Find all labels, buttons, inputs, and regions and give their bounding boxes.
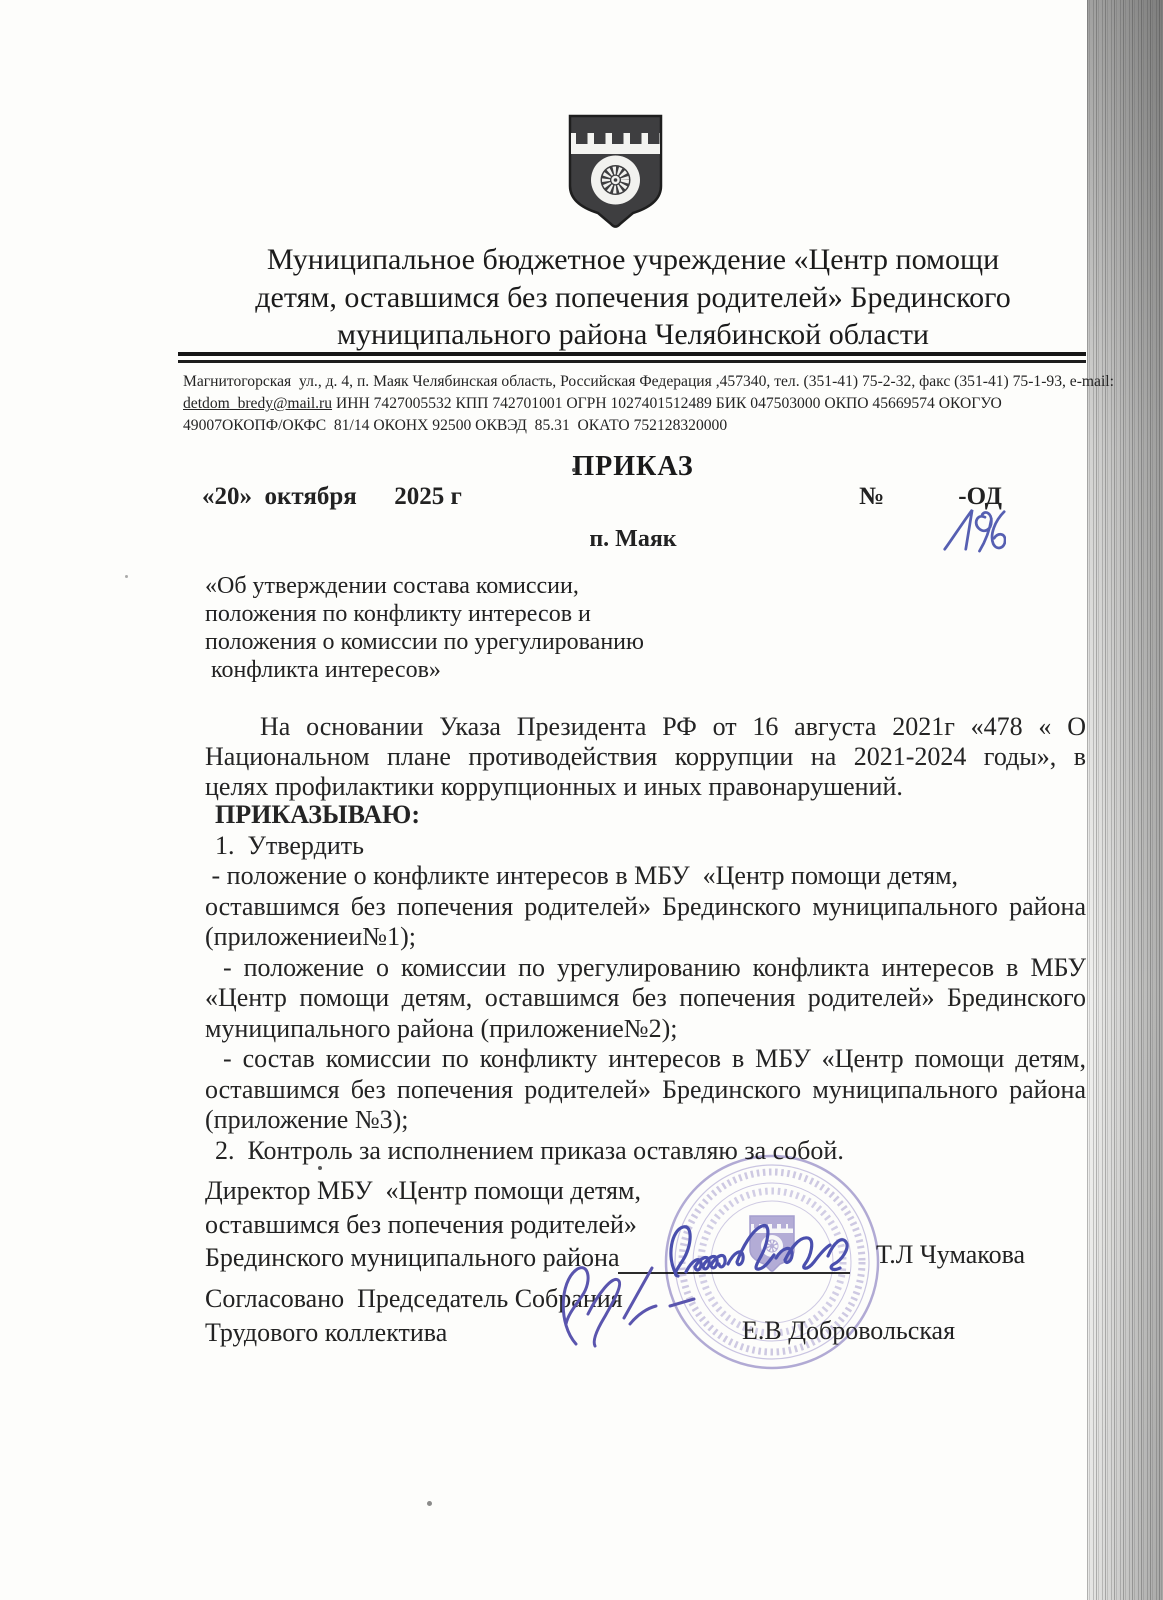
order-item-line: муниципального района (приложение№2); <box>205 1014 1086 1045</box>
contact-line: Магнитогорская ул., д. 4, п. Маяк Челяби… <box>183 371 1086 393</box>
scan-speck <box>125 575 128 578</box>
contact-line: 49007ОКОПФ/ОКФС 81/14 ОКОНХ 92500 ОКВЭД … <box>183 415 1086 437</box>
org-title-line: Муниципальное бюджетное учреждение «Цент… <box>180 241 1086 279</box>
scan-speck <box>318 1166 322 1170</box>
director-name: Т.Л Чумакова <box>876 1240 1025 1270</box>
scan-binding-edge <box>1087 0 1163 1600</box>
agreed-signature <box>548 1252 728 1362</box>
number-label: № <box>859 482 884 512</box>
scan-speck <box>427 1501 432 1506</box>
contact-line: detdom_bredy@mail.ru ИНН 7427005532 КПП … <box>183 393 1086 415</box>
municipal-coat-of-arms-icon <box>563 112 668 234</box>
org-title-line: муниципального района Челябинской област… <box>180 316 1086 354</box>
handwritten-order-number <box>892 476 956 524</box>
order-date: «20» октября 2025 г <box>202 482 462 524</box>
org-title: Муниципальное бюджетное учреждение «Цент… <box>180 241 1086 354</box>
preamble-line: целях профилактики коррупционных и иных … <box>205 772 1086 802</box>
order-number: № -ОД <box>859 482 1002 524</box>
agreed-name: Е.В Добровольская <box>742 1316 955 1346</box>
order-item-line: оставшимся без попечения родителей» Бред… <box>205 1075 1086 1106</box>
org-title-line: детям, оставшимся без попечения родителе… <box>180 279 1086 317</box>
order-item-line: - состав комиссии по конфликту интересов… <box>205 1044 1086 1075</box>
order-item-line: 1. Утвердить <box>205 831 1086 862</box>
date-number-row: «20» октября 2025 г № -ОД <box>202 482 1002 524</box>
subject-line: «Об утверждении состава комиссии, <box>205 572 765 600</box>
header-double-rule <box>178 352 1086 363</box>
command-heading: ПРИКАЗЫВАЮ: <box>205 800 1086 831</box>
preamble-line: На основании Указа Президента РФ от 16 а… <box>205 712 1086 742</box>
order-item-line: - положение о комиссии по урегулированию… <box>205 953 1086 984</box>
subject-line: конфликта интересов» <box>205 656 765 684</box>
order-place: п. Маяк <box>180 524 1086 554</box>
preamble-line: Национальном плане противодействия корру… <box>205 742 1086 772</box>
order-preamble: На основании Указа Президента РФ от 16 а… <box>205 712 1086 802</box>
order-commands: ПРИКАЗЫВАЮ: 1. Утвердить - положение о к… <box>205 800 1086 1166</box>
order-item-line: (приложение №3); <box>205 1105 1086 1136</box>
org-email-link: detdom_bredy@mail.ru <box>183 395 332 412</box>
order-item-line: - положение о конфликте интересов в МБУ … <box>205 861 1086 892</box>
subject-line: положения по конфликту интересов и <box>205 600 765 628</box>
order-item-line: оставшимся без попечения родителей» Бред… <box>205 892 1086 923</box>
contact-requisites: ИНН 7427005532 КПП 742701001 ОГРН 102740… <box>332 395 1002 412</box>
org-contacts: Магнитогорская ул., д. 4, п. Маяк Челяби… <box>183 371 1086 437</box>
order-item-line: «Центр помощи детям, оставшимся без попе… <box>205 983 1086 1014</box>
order-item-line: (приложениеи№1); <box>205 922 1086 953</box>
order-item-line: 2. Контроль за исполнением приказа остав… <box>205 1136 1086 1167</box>
order-subject: «Об утверждении состава комиссии, положе… <box>205 572 765 684</box>
subject-line: положения о комиссии по урегулированию <box>205 628 765 656</box>
scanned-order-document: Муниципальное бюджетное учреждение «Цент… <box>0 0 1163 1600</box>
scan-speck <box>572 468 576 472</box>
